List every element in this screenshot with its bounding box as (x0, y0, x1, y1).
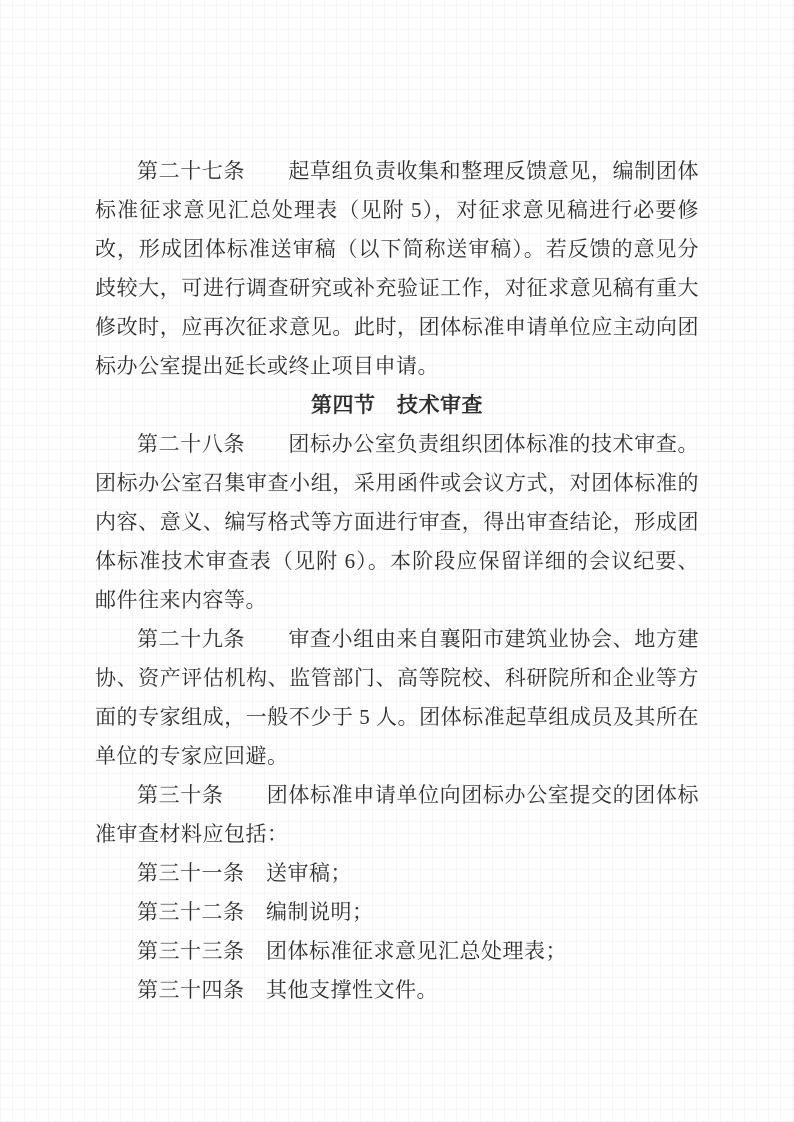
article-31-item: 第三十一条 送审稿； (95, 854, 699, 893)
document-page: 第二十七条 起草组负责收集和整理反馈意见，编制团体标准征求意见汇总处理表（见附 … (0, 0, 794, 1122)
article-33-item: 第三十三条 团体标准征求意见汇总处理表； (95, 932, 699, 971)
article-27-paragraph: 第二十七条 起草组负责收集和整理反馈意见，编制团体标准征求意见汇总处理表（见附 … (95, 152, 699, 386)
section-4-heading: 第四节 技术审查 (95, 386, 699, 425)
article-28-paragraph: 第二十八条 团标办公室负责组织团体标准的技术审查。团标办公室召集审查小组，采用函… (95, 425, 699, 620)
article-30-paragraph: 第三十条 团体标准申请单位向团标办公室提交的团体标准审查材料应包括： (95, 776, 699, 854)
article-29-paragraph: 第二十九条 审查小组由来自襄阳市建筑业协会、地方建协、资产评估机构、监管部门、高… (95, 620, 699, 776)
article-32-item: 第三十二条 编制说明； (95, 893, 699, 932)
article-34-item: 第三十四条 其他支撑性文件。 (95, 971, 699, 1010)
document-content: 第二十七条 起草组负责收集和整理反馈意见，编制团体标准征求意见汇总处理表（见附 … (95, 152, 699, 1010)
